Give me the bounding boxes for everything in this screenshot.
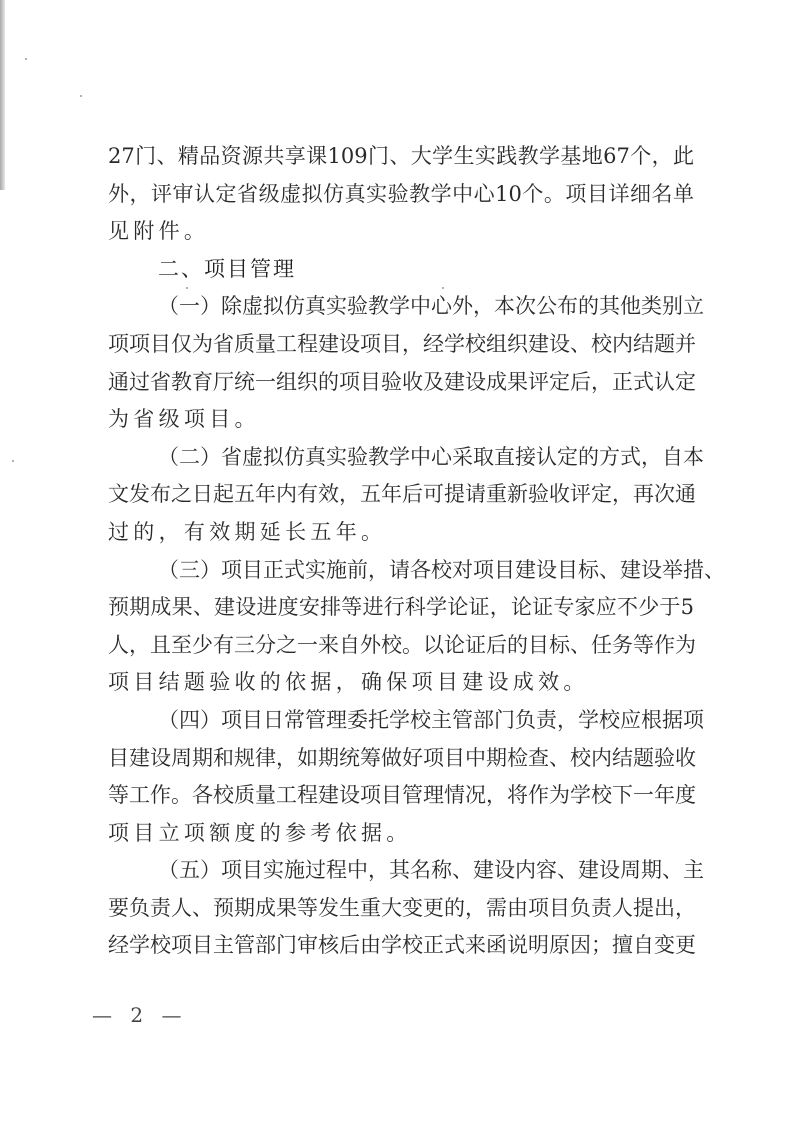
text-line: 等工作。各校质量工程建设项目管理情况，将作为学校下一年度 — [108, 777, 694, 815]
text-line: 项目立项额度的参考依据。 — [108, 815, 694, 853]
scan-speck — [186, 287, 188, 289]
scan-speck — [25, 58, 27, 60]
text-line: 外，评审认定省级虚拟仿真实验教学中心10个。项目详细名单 — [108, 176, 694, 214]
scan-speck — [442, 287, 444, 289]
document-body: 27门、精品资源共享课109门、大学生实践教学基地67个，此 外，评审认定省级虚… — [108, 138, 694, 965]
text-line: （五）项目实施过程中，其名称、建设内容、建设周期、主 — [108, 852, 694, 890]
text-line: 经学校项目主管部门审核后由学校正式来函说明原因；擅自变更 — [108, 927, 694, 965]
text-line: 为省级项目。 — [108, 401, 694, 439]
text-line: 项项目仅为省质量工程建设项目，经学校组织建设、校内结题并 — [108, 326, 694, 364]
text-line: （二）省虚拟仿真实验教学中心采取直接认定的方式，自本 — [108, 439, 694, 477]
text-line: （三）项目正式实施前，请各校对项目建设目标、建设举措、 — [108, 552, 694, 590]
scan-speck — [80, 95, 82, 97]
section-heading: 二、项目管理 — [108, 251, 694, 289]
text-line: 项目结题验收的依据，确保项目建设成效。 — [108, 664, 694, 702]
text-line: 要负责人、预期成果等发生重大变更的，需由项目负责人提出， — [108, 890, 694, 928]
text-line: （一）除虚拟仿真实验教学中心外，本次公布的其他类别立 — [108, 288, 694, 326]
text-line: （四）项目日常管理委托学校主管部门负责，学校应根据项 — [108, 702, 694, 740]
text-line: 见附件。 — [108, 213, 694, 251]
text-line: 过的，有效期延长五年。 — [108, 514, 694, 552]
text-line: 目建设周期和规律，如期统筹做好项目中期检查、校内结题验收 — [108, 740, 694, 778]
text-line: 预期成果、建设进度安排等进行科学论证，论证专家应不少于5 — [108, 589, 694, 627]
page-number: — 2 — — [92, 1003, 187, 1027]
scan-edge-shadow — [0, 0, 5, 190]
scan-speck — [12, 460, 14, 462]
text-line: 27门、精品资源共享课109门、大学生实践教学基地67个，此 — [108, 138, 694, 176]
text-line: 文发布之日起五年内有效，五年后可提请重新验收评定，再次通 — [108, 476, 694, 514]
text-line: 通过省教育厅统一组织的项目验收及建设成果评定后，正式认定 — [108, 364, 694, 402]
text-line: 人，且至少有三分之一来自外校。以论证后的目标、任务等作为 — [108, 627, 694, 665]
